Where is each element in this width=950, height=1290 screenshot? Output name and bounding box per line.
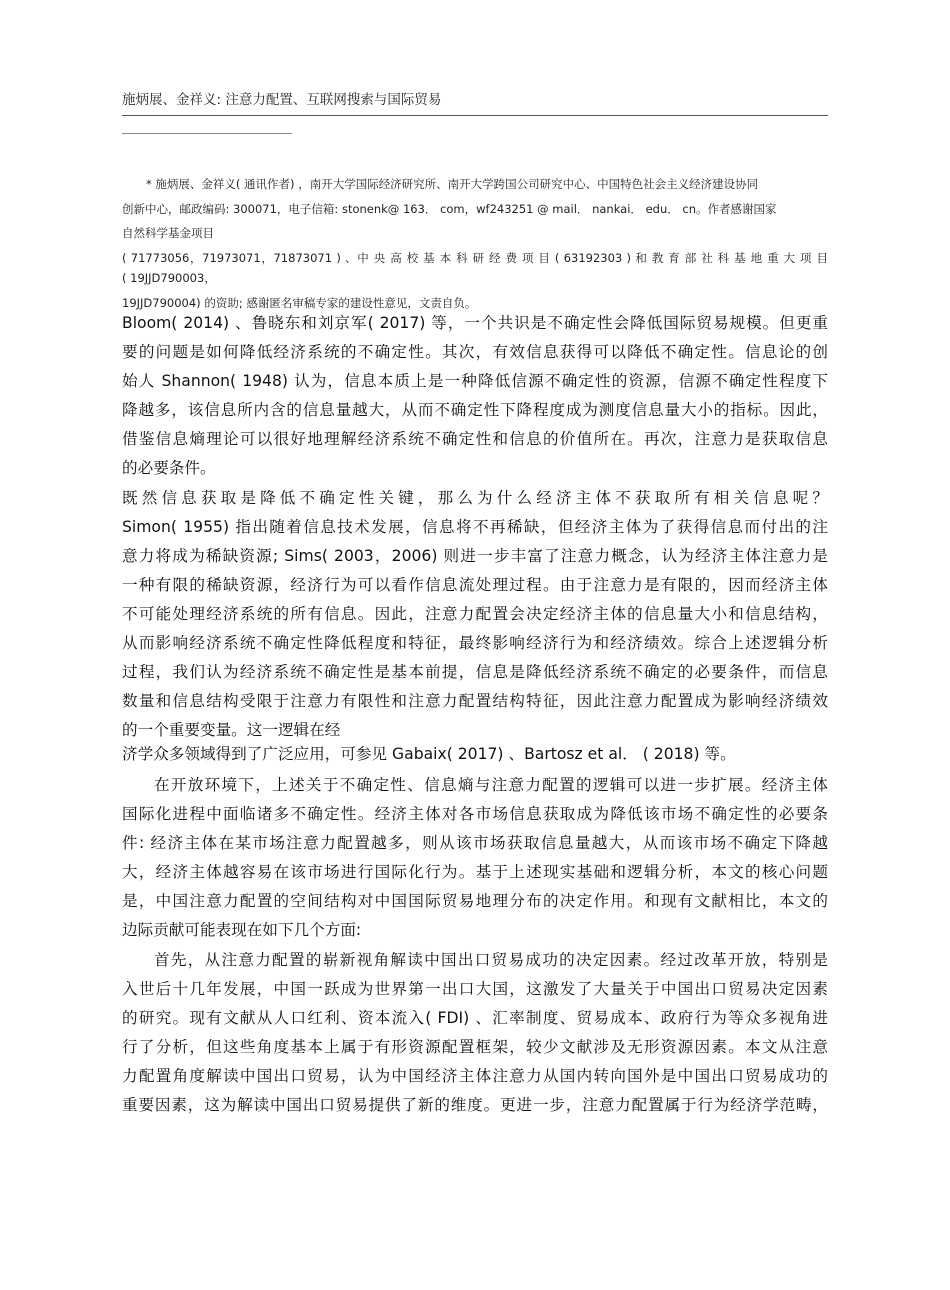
text-line: 过程，我们认为经济系统不确定性是基本前提，信息是降低经济系统不确定的必要条件，而…	[122, 658, 828, 687]
text-line: 的研究。现有文献从人口红利、资本流入( FDI) 、汇率制度、贸易成本、政府行为…	[122, 1004, 828, 1033]
footnote-line: ( 71773056，71973071，71873071 ) 、中 央 高 校 …	[122, 248, 828, 268]
running-header: 施炳展、金祥义: 注意力配置、互联网搜索与国际贸易	[122, 88, 441, 108]
header-rule	[122, 115, 828, 116]
text-line: 重要因素，这为解读中国出口贸易提供了新的维度。更进一步，注意力配置属于行为经济学…	[122, 1091, 828, 1120]
text-line: 的一个重要变量。这一逻辑在经	[122, 716, 828, 740]
footnote-rule	[122, 133, 292, 134]
footnote-line: 自然科学基金项目	[122, 223, 828, 248]
footnote-line: 创新中心，邮政编码: 300071，电子信箱: stonenk@ 163． co…	[122, 199, 828, 224]
text-line: 始人 Shannon( 1948) 认为，信息本质上是一种降低信源不确定性的资源…	[122, 367, 828, 396]
body-paragraph-1: Bloom( 2014) 、鲁晓东和刘京军( 2017) 等，一个共识是不确定性…	[122, 309, 828, 483]
text-line: 入世后十几年发展，中国一跃成为世界第一出口大国，这激发了大量关于中国出口贸易决定…	[122, 975, 828, 1004]
author-footnote: * 施炳展、金祥义( 通讯作者) ，南开大学国际经济研究所、南开大学跨国公司研究…	[122, 174, 828, 317]
text-line: 边际贡献可能表现在如下几个方面:	[122, 916, 828, 945]
text-line: 国际化进程中面临诸多不确定性。经济主体对各市场信息获取成为降低该市场不确定性的必…	[122, 800, 828, 829]
text-line: 行了分析，但这些角度基本上属于有形资源配置框架，较少文献涉及无形资源因素。本文从…	[122, 1033, 828, 1062]
text-line: 的必要条件。	[122, 454, 828, 483]
text-line: Simon( 1955) 指出随着信息技术发展，信息将不再稀缺，但经济主体为了获…	[122, 513, 828, 542]
text-line: 既然信息获取是降低不确定性关键，那么为什么经济主体不获取所有相关信息呢？	[122, 484, 828, 513]
text-line: 大，经济主体越容易在该市场进行国际化行为。基于上述现实基础和逻辑分析，本文的核心…	[122, 858, 828, 887]
body-paragraph-4: 首先，从注意力配置的崭新视角解读中国出口贸易成功的决定因素。经过改革开放，特别是…	[122, 946, 828, 1120]
text-line: 一种有限的稀缺资源，经济行为可以看作信息流处理过程。由于注意力是有限的，因而经济…	[122, 571, 828, 600]
text-line: 从而影响经济系统不确定性降低程度和特征，最终影响经济行为和经济绩效。综合上述逻辑…	[122, 629, 828, 658]
text-line: 件: 经济主体在某市场注意力配置越多，则从该市场获取信息量越大，从而该市场不确定…	[122, 829, 828, 858]
text-line: 借鉴信息熵理论可以很好地理解经济系统不确定性和信息的价值所在。再次，注意力是获取…	[122, 425, 828, 454]
text-line: 济学众多领域得到了广泛应用，可参见 Gabaix( 2017) 、Bartosz…	[122, 740, 828, 769]
text-line: 首先，从注意力配置的崭新视角解读中国出口贸易成功的决定因素。经过改革开放，特别是	[122, 946, 828, 975]
footnote-line: ( 19JJD790003，	[122, 268, 828, 293]
text-line: 要的问题是如何降低经济系统的不确定性。其次，有效信息获得可以降低不确定性。信息论…	[122, 338, 828, 367]
text-line: 力配置角度解读中国出口贸易，认为中国经济主体注意力从国内转向国外是中国出口贸易成…	[122, 1062, 828, 1091]
text-line: 是，中国注意力配置的空间结构对中国国际贸易地理分布的决定作用。和现有文献相比，本…	[122, 887, 828, 916]
text-line: 数量和信息结构受限于注意力有限性和注意力配置结构特征，因此注意力配置成为影响经济…	[122, 687, 828, 716]
body-paragraph-3: 在开放环境下，上述关于不确定性、信息熵与注意力配置的逻辑可以进一步扩展。经济主体…	[122, 771, 828, 945]
body-paragraph-2: 既然信息获取是降低不确定性关键，那么为什么经济主体不获取所有相关信息呢？ Sim…	[122, 484, 828, 769]
text-line: 不可能处理经济系统的所有信息。因此，注意力配置会决定经济主体的信息量大小和信息结…	[122, 600, 828, 629]
text-line: Bloom( 2014) 、鲁晓东和刘京军( 2017) 等，一个共识是不确定性…	[122, 309, 828, 338]
text-line: 在开放环境下，上述关于不确定性、信息熵与注意力配置的逻辑可以进一步扩展。经济主体	[122, 771, 828, 800]
footnote-line: * 施炳展、金祥义( 通讯作者) ，南开大学国际经济研究所、南开大学跨国公司研究…	[122, 174, 828, 199]
text-line: 降越多，该信息所内含的信息量越大，从而不确定性下降程度成为测度信息量大小的指标。…	[122, 396, 828, 425]
text-line: 意力将成为稀缺资源; Sims( 2003，2006) 则进一步丰富了注意力概念…	[122, 542, 828, 571]
